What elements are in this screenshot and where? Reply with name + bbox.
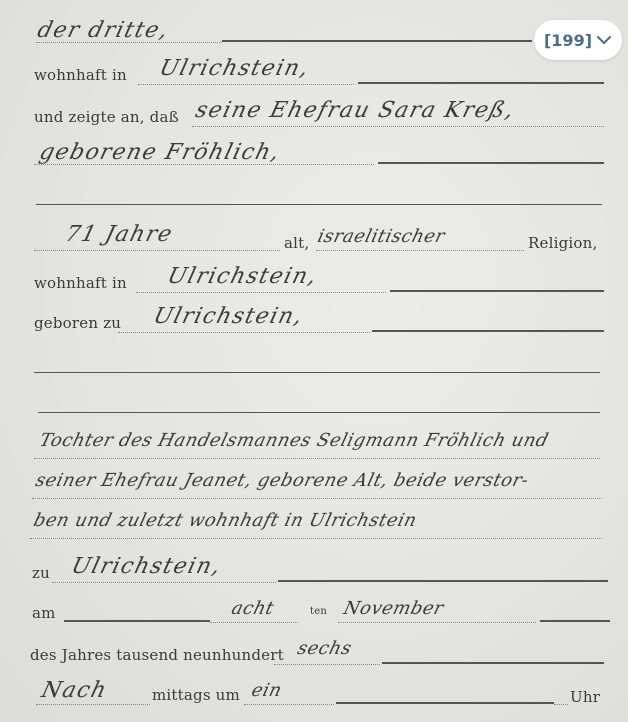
dotted-rule [32, 498, 602, 499]
handwritten-informant-residence: Ulrichstein, [157, 56, 312, 81]
fill-rule [382, 662, 604, 664]
page-number-label: [199] [544, 31, 592, 50]
dotted-rule [210, 622, 298, 623]
record-line-parents-1: Tochter des Handelsmannes Seligmann Fröh… [0, 424, 628, 464]
dotted-rule [52, 582, 276, 583]
fill-rule [278, 580, 608, 582]
record-line-death-year: des Jahres tausend neunhundert sechs [0, 634, 628, 674]
handwritten-informant-ordinal: der dritte, [35, 18, 172, 43]
dotted-rule [30, 538, 602, 539]
fill-rule [378, 162, 604, 164]
record-line-declaration: und zeigte an, daß seine Ehefrau Sara Kr… [0, 96, 628, 136]
fill-rule [222, 40, 532, 42]
handwritten-hour: ein [249, 680, 284, 701]
dotted-rule [136, 292, 386, 293]
dotted-rule [554, 704, 568, 705]
fill-rule [358, 82, 604, 84]
handwritten-parents-3: ben und zuletzt wohnhaft in Ulrichstein [31, 510, 419, 531]
printed-label-mittags-um: mittags um [152, 686, 240, 704]
record-line-death-date: am acht ten November [0, 592, 628, 632]
record-line-birthplace: geboren zu Ulrichstein, [0, 302, 628, 342]
fill-rule [540, 620, 610, 622]
empty-fill-rule [34, 372, 600, 373]
dotted-rule [118, 332, 370, 333]
fill-rule [336, 702, 554, 704]
dotted-rule [316, 250, 524, 251]
dotted-rule [36, 704, 150, 705]
handwritten-parents-1: Tochter des Handelsmannes Seligmann Fröh… [37, 430, 550, 451]
dotted-rule [138, 84, 354, 85]
printed-label-uhr: Uhr [570, 688, 600, 706]
dotted-rule [34, 458, 600, 459]
record-line-maiden-name: geborene Fröhlich, [0, 138, 628, 178]
record-line-death-time: Nach mittags um ein Uhr [0, 676, 628, 716]
printed-label-zu: zu [32, 564, 50, 582]
page-selector-button[interactable]: [199] [534, 20, 622, 60]
fill-rule [390, 290, 604, 292]
fill-rule [64, 620, 210, 622]
printed-label-wohnhaft: wohnhaft in [34, 274, 127, 292]
dotted-rule [244, 704, 334, 705]
dotted-rule [34, 164, 374, 165]
record-line-parents-3: ben und zuletzt wohnhaft in Ulrichstein [0, 504, 628, 544]
printed-label-wohnhaft: wohnhaft in [34, 66, 127, 84]
handwritten-month: November [341, 598, 446, 619]
chevron-down-icon [596, 32, 612, 48]
printed-label-year: des Jahres tausend neunhundert [30, 646, 284, 664]
handwritten-death-place: Ulrichstein, [69, 554, 224, 579]
dotted-rule [192, 126, 604, 127]
fill-rule [372, 330, 604, 332]
printed-label-ten: ten [310, 606, 327, 617]
document-page: der dritte, wohnhaft in Ulrichstein, und… [0, 0, 628, 722]
handwritten-nach: Nach [39, 678, 110, 703]
record-line-death-place: zu Ulrichstein, [0, 552, 628, 592]
record-line-deceased-residence: wohnhaft in Ulrichstein, [0, 262, 628, 302]
dotted-rule [338, 622, 536, 623]
handwritten-wife-name: seine Ehefrau Sara Kreß, [193, 98, 517, 123]
handwritten-parents-2: seiner Ehefrau Jeanet, geborene Alt, bei… [33, 470, 531, 491]
handwritten-year: sechs [295, 638, 354, 659]
printed-label-alt: alt, [284, 234, 309, 252]
handwritten-birthplace: Ulrichstein, [151, 304, 306, 329]
dotted-rule [274, 664, 380, 665]
separator-rule [36, 204, 602, 205]
printed-label-declaration: und zeigte an, daß [34, 108, 179, 126]
handwritten-age: 71 Jahre [63, 222, 176, 247]
handwritten-religion: israelitischer [315, 226, 447, 247]
handwritten-deceased-residence: Ulrichstein, [165, 264, 320, 289]
printed-label-am: am [32, 604, 56, 622]
record-line-informant-residence: wohnhaft in Ulrichstein, [0, 54, 628, 94]
empty-fill-rule [38, 412, 600, 413]
printed-label-geboren: geboren zu [34, 314, 121, 332]
handwritten-day: acht [229, 598, 276, 619]
record-line-age-religion: 71 Jahre alt, israelitischer Religion, [0, 222, 628, 262]
record-line-parents-2: seiner Ehefrau Jeanet, geborene Alt, bei… [0, 464, 628, 504]
handwritten-maiden-name: geborene Fröhlich, [37, 140, 283, 165]
dotted-rule [34, 250, 280, 251]
printed-label-religion: Religion, [528, 234, 597, 252]
dotted-rule [36, 42, 222, 43]
